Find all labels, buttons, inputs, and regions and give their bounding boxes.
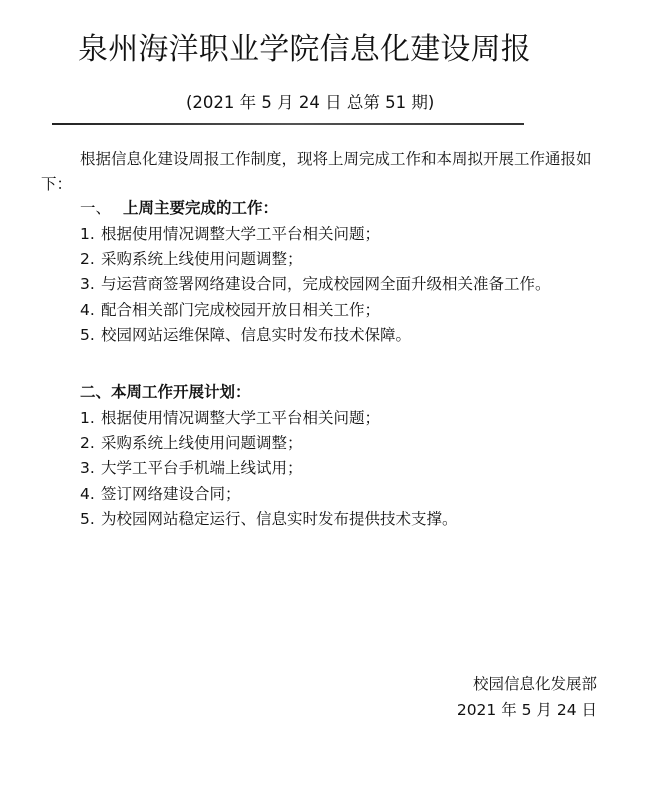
header-divider — [52, 123, 524, 125]
list-item: 3.大学工平台手机端上线试用； — [80, 456, 458, 481]
list-item: 1.根据使用情况调整大学工平台相关问题； — [80, 406, 458, 431]
intro-text: 根据信息化建设周报工作制度，现将上周完成工作和本周拟开展工作通报如下： — [41, 150, 592, 193]
report-title: 泉州海洋职业学院信息化建设周报 — [78, 30, 531, 70]
list-item: 2.采购系统上线使用问题调整； — [80, 247, 551, 272]
section-2-heading: 二、本周工作开展计划： — [80, 380, 251, 405]
section-1-number: 一、 — [80, 199, 111, 217]
list-item: 5.校园网站运维保障、信息实时发布技术保障。 — [80, 323, 551, 348]
section-1-title: 上周主要完成的工作： — [123, 199, 278, 217]
signature-date: 2021 年 5 月 24 日 — [457, 698, 597, 722]
report-subtitle: (2021 年 5 月 24 日 总第 51 期) — [186, 91, 434, 115]
list-item: 4.签订网络建设合同； — [80, 482, 458, 507]
signature-department: 校园信息化发展部 — [473, 672, 597, 696]
section-2-list: 1.根据使用情况调整大学工平台相关问题； 2.采购系统上线使用问题调整； 3.大… — [80, 406, 458, 532]
section-1-heading: 一、上周主要完成的工作： — [80, 196, 278, 221]
list-item: 3.与运营商签署网络建设合同，完成校园网全面升级相关准备工作。 — [80, 272, 551, 297]
list-item: 2.采购系统上线使用问题调整； — [80, 431, 458, 456]
list-item: 4.配合相关部门完成校园开放日相关工作； — [80, 298, 551, 323]
list-item: 1.根据使用情况调整大学工平台相关问题； — [80, 222, 551, 247]
section-1-list: 1.根据使用情况调整大学工平台相关问题； 2.采购系统上线使用问题调整； 3.与… — [80, 222, 551, 348]
intro-paragraph: 根据信息化建设周报工作制度，现将上周完成工作和本周拟开展工作通报如下： — [41, 147, 621, 197]
list-item: 5.为校园网站稳定运行、信息实时发布提供技术支撑。 — [80, 507, 458, 532]
